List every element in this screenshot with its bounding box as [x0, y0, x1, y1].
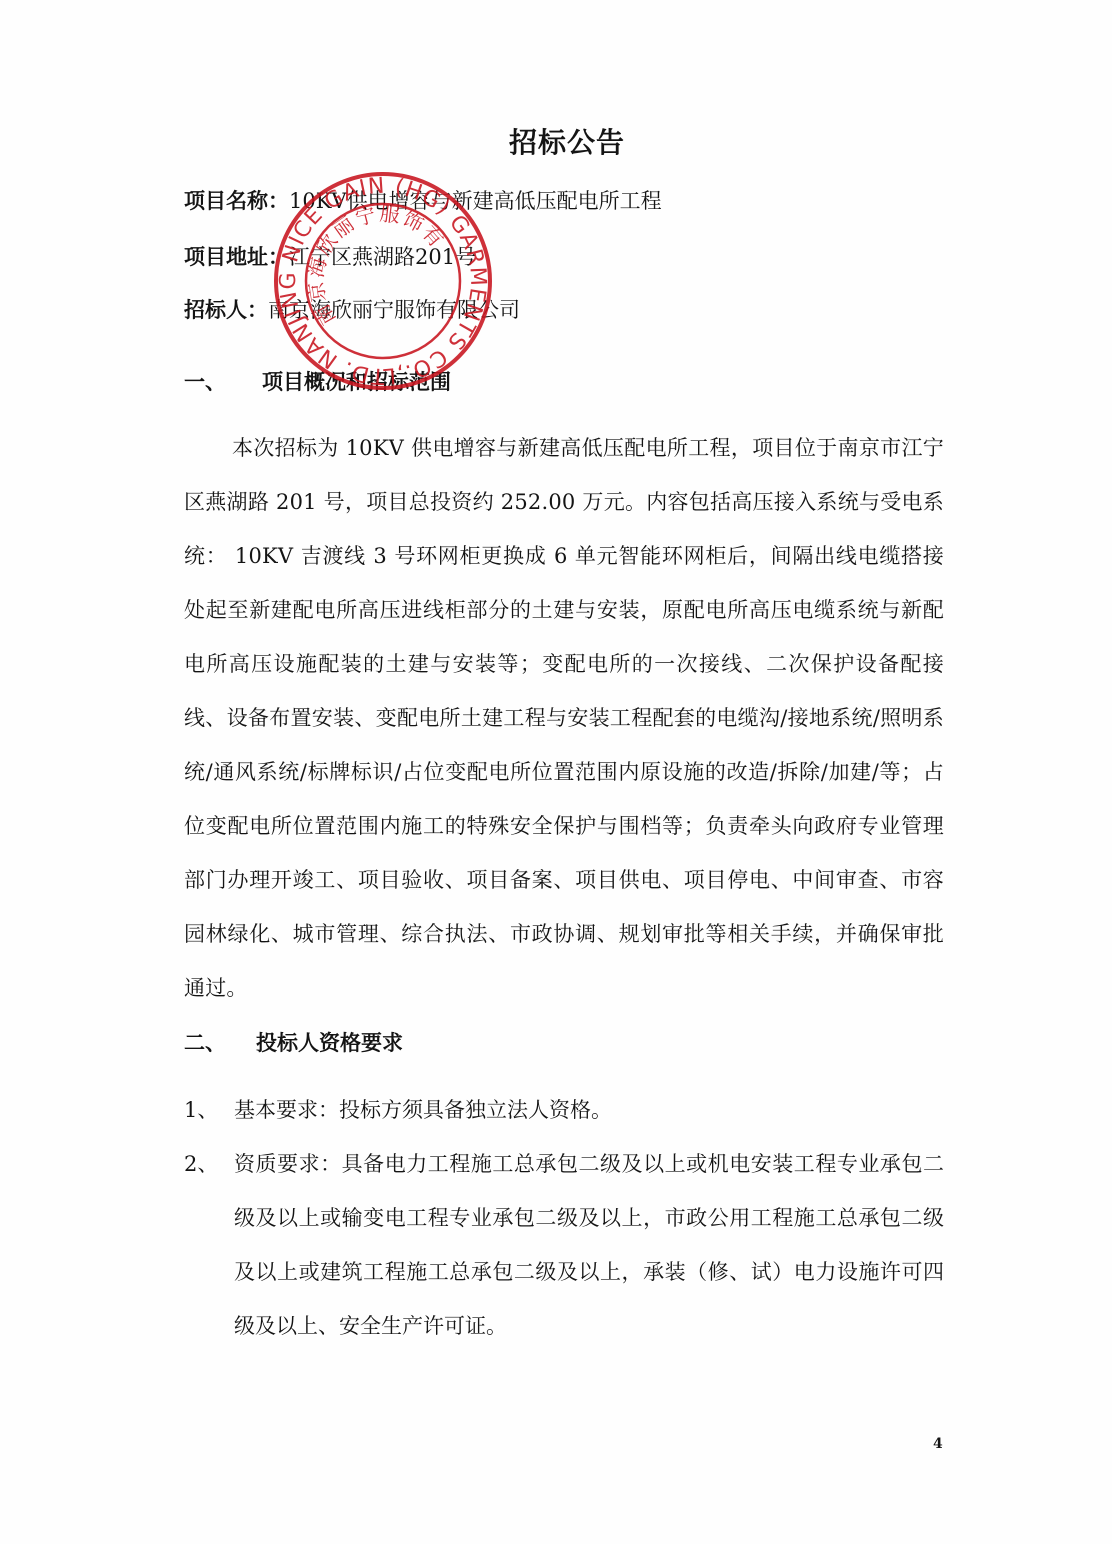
section-1-heading: 一、项目概况和招标范围	[184, 368, 451, 396]
section-2-number: 二、	[184, 1031, 226, 1055]
tenderer-row: 招标人：南京海欣丽宁服饰有限公司	[184, 296, 520, 324]
page-number: 4	[933, 1436, 943, 1452]
requirement-item-2: 2、 资质要求：具备电力工程施工总承包二级及以上或机电安装工程专业承包二级及以上…	[184, 1137, 944, 1353]
requirement-number: 1、	[184, 1083, 232, 1137]
section-1-number: 一、	[184, 370, 226, 394]
document-page: 招标公告 项目名称：10KV供电增容与新建高低压配电所工程 项目地址：江宁区燕湖…	[0, 0, 1112, 1544]
section-1-title: 项目概况和招标范围	[262, 370, 451, 394]
project-name-label: 项目名称：	[184, 189, 289, 213]
requirement-text: 资质要求：具备电力工程施工总承包二级及以上或机电安装工程专业承包二级及以上或输变…	[234, 1137, 944, 1353]
project-name-value: 10KV供电增容与新建高低压配电所工程	[289, 189, 662, 213]
section-2-title: 投标人资格要求	[256, 1031, 403, 1055]
project-address-label: 项目地址：	[184, 245, 289, 269]
document-title: 招标公告	[0, 121, 1112, 161]
requirement-number: 2、	[184, 1137, 232, 1191]
requirement-text: 基本要求：投标方须具备独立法人资格。	[234, 1083, 944, 1137]
tenderer-value: 南京海欣丽宁服饰有限公司	[268, 298, 520, 322]
section-2-heading: 二、投标人资格要求	[184, 1029, 403, 1057]
tenderer-label: 招标人：	[184, 298, 268, 322]
project-name-row: 项目名称：10KV供电增容与新建高低压配电所工程	[184, 187, 662, 215]
project-address-value: 江宁区燕湖路201号	[289, 245, 476, 269]
section-1-paragraph: 本次招标为 10KV 供电增容与新建高低压配电所工程，项目位于南京市江宁区燕湖路…	[184, 421, 944, 1015]
project-address-row: 项目地址：江宁区燕湖路201号	[184, 243, 476, 271]
requirement-item-1: 1、 基本要求：投标方须具备独立法人资格。	[184, 1083, 944, 1137]
